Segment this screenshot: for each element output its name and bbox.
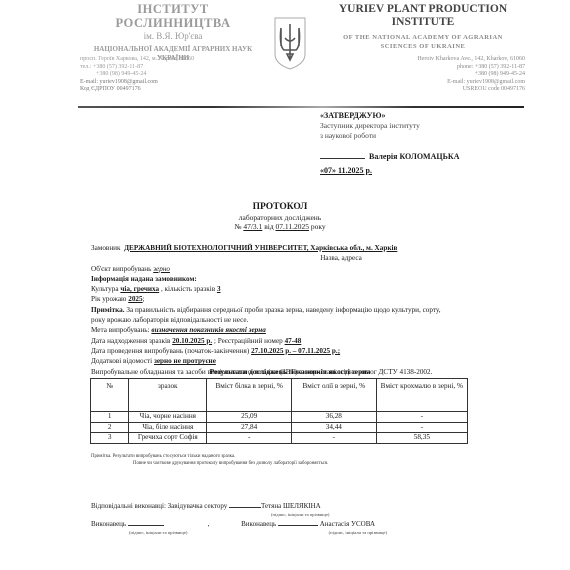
test-dates-line: Дата проведення випробувань (початок-зак… [91,346,531,356]
approver-name: Валерія КОЛОМАЦЬКА [369,152,459,161]
responsible-line: Відповідальні виконавці: Завідувачка сек… [91,502,387,511]
cell-sample: Чіа, біле насіння [129,422,207,433]
note-text-2: року врожаю лабораторія відповідальності… [91,315,531,325]
samples-label: , кількість зразків [161,285,215,293]
year-suffix: року [311,222,326,231]
footnote-line-1: Примітка. Результати випробувань стосуют… [91,453,328,460]
executor-label: Виконавець [91,520,126,528]
goal-label: Мета випробувань: [91,326,150,334]
code-value: 00497176 [117,86,141,92]
note-line: Примітка. За правильність відбирання сер… [91,305,531,315]
cell-number: 3 [91,433,129,444]
email-en: E-mail: yuriev1908@gmail.com [417,79,525,87]
harvest-value: 2025 [128,295,142,303]
harvest-suffix: ; [143,295,145,303]
table-row: 2 Чіа, біле насіння 27,84 34,44 - [91,422,468,433]
separator: , [166,520,210,528]
table-row: 1 Чіа, чорне насіння 25,09 36,28 - [91,412,468,423]
protocol-date: 07.11.2025 [276,222,309,231]
responsible-caption: (підпис, ініціали та прізвище) [91,511,387,518]
email-label: E-mail: [80,79,98,85]
cell-starch: - [376,412,467,423]
approval-date: «07» 11.2025 р. [320,166,459,176]
email-label: E-mail: [447,79,465,85]
received-line: Дата надходження зразків 20.10.2025 р. ;… [91,336,531,346]
protocol-heading: ПРОТОКОЛ [180,202,380,213]
received-value: 20.10.2025 р. [172,337,212,345]
table-header-row: № зразок Вміст білка в зерні, % Вміст ол… [91,379,468,412]
signature-blank [320,158,365,159]
executor-caption: (підпис, ініціали та прізвище) [91,530,187,535]
protocol-title: ПРОТОКОЛ лабораторних досліджень № 47/3.… [180,202,380,232]
cell-sample: Чіа, чорне насіння [129,412,207,423]
approver-signature-line: Валерія КОЛОМАЦЬКА [320,152,459,162]
object-value: зерно [153,265,170,273]
info-heading: Інформація надана замовником: [91,274,531,284]
object-label: Об'єкт випробувань [91,265,151,273]
phone-value: +380 (57) 392-11-87 [93,64,143,70]
institute-subtitle-ua: ім. В.Я. Юр'єва [78,30,268,42]
number-prefix: № [234,222,241,231]
email-ua: E-mail: yuriev1908@gmail.com [80,79,194,87]
address-ua: просп. Героїв Харкова, 142, м. Харків, 6… [80,56,194,64]
executor2-caption: (підпис, ініціали та прізвище) [189,530,387,535]
protocol-number: 47/3.1 [243,222,262,231]
address-en: Heroiv Kharkova Ave., 142, Kharkov, 6106… [417,56,525,64]
approver-position-2: з наукової роботи [320,131,459,141]
academy-name-en-1: OF THE NATIONAL ACADEMY OF AGRARIAN [318,33,528,42]
cell-number: 2 [91,422,129,433]
received-label: Дата надходження зразків [91,337,170,345]
approver-position-1: Заступник директора інституту [320,121,459,131]
responsible-name: Тетяна ШЕЛЯКІНА [261,502,321,510]
col-protein: Вміст білка в зерні, % [207,379,292,412]
note-label: Примітка. [91,306,125,314]
phone-ua-2: +380 (98) 949-45-24 [80,71,194,79]
col-number: № [91,379,129,412]
code-label: Код ЄДРПОУ [80,86,115,92]
col-sample: зразок [129,379,207,412]
culture-line: Культура чіа, гречиха , кількість зразкі… [91,284,531,294]
extra-label: Додаткові відомості [91,357,152,365]
customer-line: Замовник ДЕРЖАВНИЙ БІОТЕХНОЛОГІЧНИЙ УНІВ… [91,243,531,253]
executors-line: Виконавець , Виконавець Анастасія УСОВА [91,520,387,529]
from-label: від [264,222,273,231]
extra-line: Додаткові відомості зерно не протруєне [91,356,531,366]
email-value: yuriev1908@gmail.com [467,79,525,85]
signature-blank [278,525,318,526]
academy-name-en-2: SCIENCES OF UKRAINE [318,42,528,51]
institute-name-ua: ІНСТИТУТ РОСЛИННИЦТВА [78,2,268,30]
culture-label: Культура [91,285,119,293]
executor2-label: Виконавець [211,520,276,528]
col-starch: Вміст крохмалю в зерні, % [376,379,467,412]
cell-number: 1 [91,412,129,423]
cell-oil: 34,44 [291,422,376,433]
cell-starch: 58,35 [376,433,467,444]
institute-name-en-1: YURIEV PLANT PRODUCTION [318,3,528,16]
contact-block-en: Heroiv Kharkova Ave., 142, Kharkov, 6106… [417,56,525,94]
customer-caption: Назва, адреса [91,253,471,263]
approval-heading: «ЗАТВЕРДЖУЮ» [320,111,459,121]
cell-oil: 36,28 [291,412,376,423]
col-oil: Вміст олії в зерні, % [291,379,376,412]
results-footnote: Примітка. Результати випробувань стосуют… [91,453,328,467]
customer-label: Замовник [91,244,121,252]
code-ua: Код ЄДРПОУ 00497176 [80,86,194,94]
executor2-name: Анастасія УСОВА [320,520,375,528]
trident-emblem-icon [272,16,308,71]
reg-value: 47-48 [285,337,302,345]
email-value: yuriev1908@gmail.com [100,79,158,85]
header-divider [78,106,524,108]
cell-oil: - [291,433,376,444]
header-right-en: YURIEV PLANT PRODUCTION INSTITUTE OF THE… [318,3,528,51]
cell-starch: - [376,422,467,433]
goal-value: визначення показників якості зерна [151,326,265,334]
code-label: USREOU code [463,86,500,92]
signature-blank [229,507,261,508]
protocol-number-line: № 47/3.1 від 07.11.2025 року [180,222,380,232]
goal-line: Мета випробувань: визначення показників … [91,325,531,335]
code-value: 00497176 [501,86,525,92]
cell-protein: 27,84 [207,422,292,433]
test-dates-label: Дата проведення випробувань (початок-зак… [91,347,249,355]
culture-value: чіа, гречиха [120,285,159,293]
contact-block-ua: просп. Героїв Харкова, 142, м. Харків, 6… [80,56,194,94]
signature-blank [128,525,164,526]
customer-value: ДЕРЖАВНИЙ БІОТЕХНОЛОГІЧНИЙ УНІВЕРСИТЕТ, … [124,244,397,252]
results-title: Результати досліджень показників якості … [80,367,500,376]
protocol-details: Замовник ДЕРЖАВНИЙ БІОТЕХНОЛОГІЧНИЙ УНІВ… [91,243,531,377]
reg-label: ; Реєстраційний номер [214,337,283,345]
test-dates-value: 27.10.2025 р. – 07.11.2025 р.; [251,347,340,355]
responsible-label: Відповідальні виконавці: Завідувачка сек… [91,502,227,510]
phone-en-2: +380 (98) 949-45-24 [417,71,525,79]
institute-name-en-2: INSTITUTE [318,16,528,29]
phone-label: тел.: [80,64,91,70]
protocol-subheading: лабораторних досліджень [180,213,380,222]
table-row: 3 Гречиха сорт Софія - - 58,35 [91,433,468,444]
note-text-1: За правильність відбирання середньої про… [126,306,440,314]
cell-protein: - [207,433,292,444]
cell-protein: 25,09 [207,412,292,423]
phone-value: +380 (57) 392-11-87 [475,64,525,70]
footnote-line-2: Повне чи часткове друкування протоколу в… [91,460,328,467]
executors-captions: (підпис, ініціали та прізвище) (підпис, … [91,529,387,536]
signatures-block: Відповідальні виконавці: Завідувачка сек… [91,502,387,536]
header-left-ua: ІНСТИТУТ РОСЛИННИЦТВА ім. В.Я. Юр'єва НА… [78,2,268,63]
extra-value: зерно не протруєне [154,357,216,365]
phone-label: phone: [457,64,473,70]
object-line: Об'єкт випробувань зерно [91,264,531,274]
code-en: USREOU code 00497176 [417,86,525,94]
cell-sample: Гречиха сорт Софія [129,433,207,444]
samples-value: 3 [217,285,221,293]
results-table: № зразок Вміст білка в зерні, % Вміст ол… [90,378,468,444]
harvest-label: Рік урожаю [91,295,126,303]
approval-block: «ЗАТВЕРДЖУЮ» Заступник директора інститу… [320,111,459,176]
harvest-line: Рік урожаю 2025; [91,294,531,304]
